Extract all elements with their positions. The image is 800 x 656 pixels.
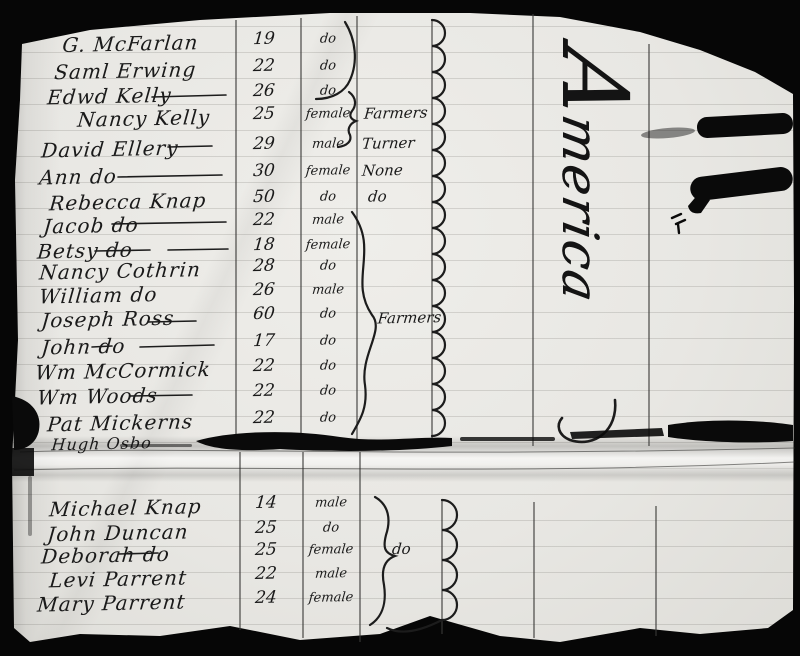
ink-smudge — [696, 113, 793, 139]
scallop-flourish-bottom — [442, 500, 457, 620]
brace-bottom-rows — [370, 497, 395, 625]
edge-blob — [12, 448, 34, 476]
brace-rows-1-2 — [316, 22, 355, 99]
scallop-tail — [387, 620, 442, 632]
ink-smudges — [12, 113, 794, 536]
fold-smear — [196, 432, 452, 451]
scanned-document: G. McFarlan19doSaml Erwing22doEdwd Kelly… — [0, 0, 800, 656]
fold-smear — [668, 420, 793, 442]
fold-smear — [570, 428, 664, 439]
scallop-flourish-top — [432, 20, 445, 436]
ink-overlay-layer — [0, 0, 800, 656]
ink-tick-mark — [672, 214, 685, 233]
brace-rows-3-4 — [338, 92, 356, 147]
edge-shadow — [28, 476, 32, 536]
edge-blob — [12, 396, 40, 450]
fold-smear — [460, 437, 555, 441]
ink-smudge — [641, 126, 696, 141]
fold-smear — [120, 444, 192, 447]
brace-rows-8-16 — [352, 212, 376, 434]
